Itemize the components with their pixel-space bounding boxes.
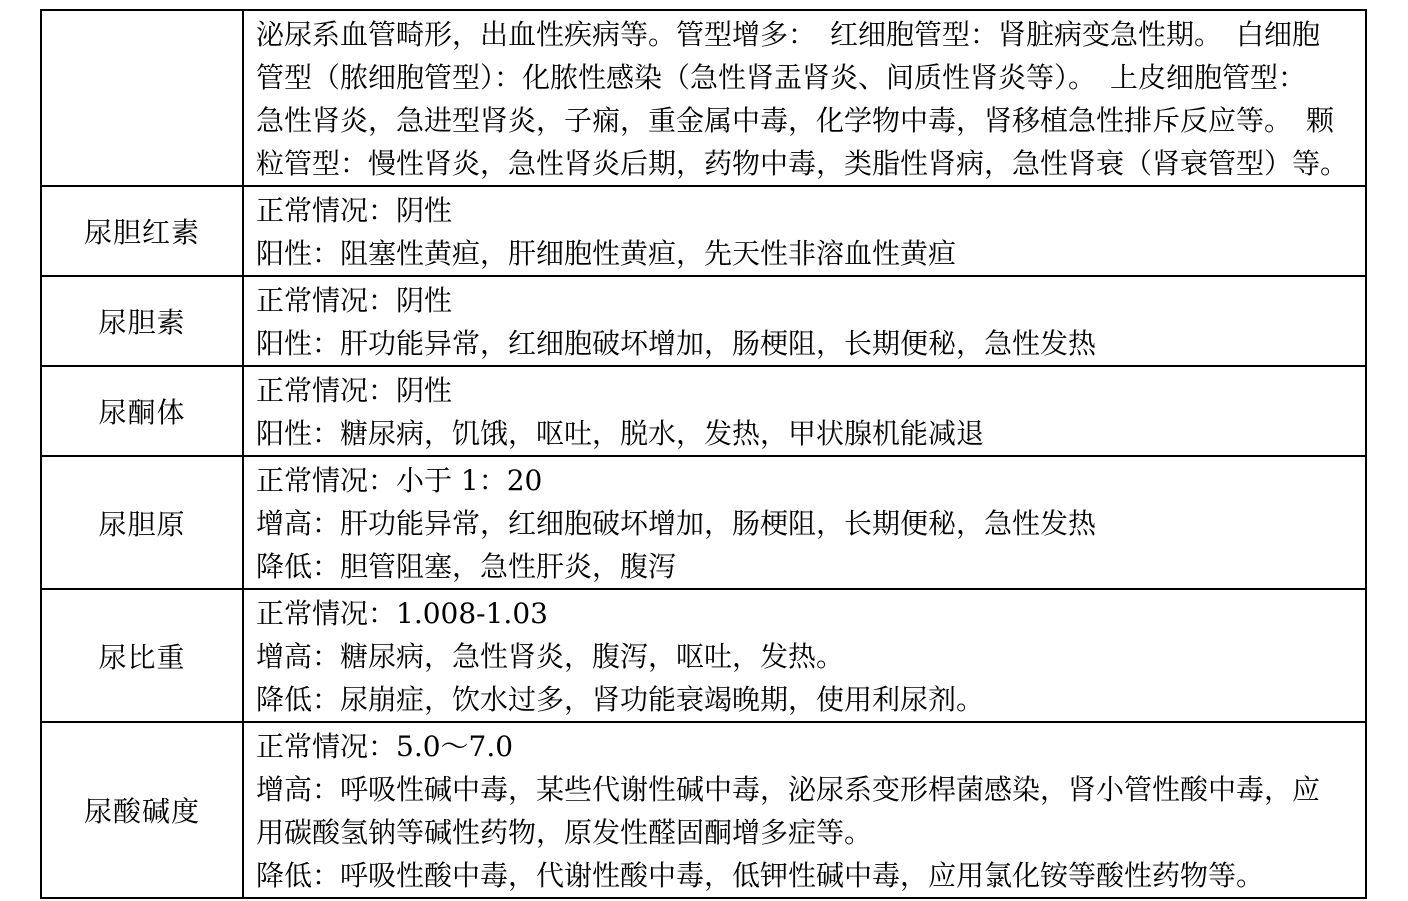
- content-line: 正常情况：5.0～7.0: [256, 725, 1359, 768]
- lab-results-table: 泌尿系血管畸形，出血性疾病等。管型增多： 红细胞管型：肾脏病变急性期。 白细胞 …: [40, 9, 1367, 899]
- content-line: 正常情况：阴性: [256, 279, 1359, 322]
- content-line: 阳性：阻塞性黄疸，肝细胞性黄疸，先天性非溶血性黄疸: [256, 232, 1359, 275]
- row-content-cell: 正常情况：阴性 阳性：阻塞性黄疸，肝细胞性黄疸，先天性非溶血性黄疸: [243, 186, 1366, 276]
- content-line: 降低：胆管阻塞，急性肝炎，腹泻: [256, 545, 1359, 588]
- row-content-cell: 正常情况：小于 1：20 增高：肝功能异常，红细胞破坏增加，肠梗阻，长期便秘，急…: [243, 456, 1366, 589]
- content-line: 阳性：肝功能异常，红细胞破坏增加，肠梗阻，长期便秘，急性发热: [256, 322, 1359, 365]
- table-row: 尿酸碱度 正常情况：5.0～7.0 增高：呼吸性碱中毒，某些代谢性碱中毒，泌尿系…: [41, 722, 1366, 898]
- content-line: 泌尿系血管畸形，出血性疾病等。管型增多： 红细胞管型：肾脏病变急性期。 白细胞: [256, 13, 1359, 56]
- content-line: 正常情况：小于 1：20: [256, 459, 1359, 502]
- content-line: 增高：糖尿病，急性肾炎，腹泻，呕吐，发热。: [256, 635, 1359, 678]
- row-header-cell: 尿比重: [41, 589, 243, 722]
- content-line: 用碳酸氢钠等碱性药物，原发性醛固酮增多症等。: [256, 811, 1359, 854]
- table-row: 尿胆素 正常情况：阴性 阳性：肝功能异常，红细胞破坏增加，肠梗阻，长期便秘，急性…: [41, 276, 1366, 366]
- row-header-cell: 尿酸碱度: [41, 722, 243, 898]
- content-line: 阳性：糖尿病，饥饿，呕吐，脱水，发热，甲状腺机能减退: [256, 412, 1359, 455]
- row-header-cell: [41, 10, 243, 186]
- row-header-cell: 尿胆原: [41, 456, 243, 589]
- content-line: 正常情况：阴性: [256, 369, 1359, 412]
- content-line: 正常情况：阴性: [256, 189, 1359, 232]
- content-line: 降低：呼吸性酸中毒，代谢性酸中毒，低钾性碱中毒，应用氯化铵等酸性药物等。: [256, 854, 1359, 897]
- row-content-cell: 泌尿系血管畸形，出血性疾病等。管型增多： 红细胞管型：肾脏病变急性期。 白细胞 …: [243, 10, 1366, 186]
- row-header-cell: 尿酮体: [41, 366, 243, 456]
- table-row: 尿比重 正常情况：1.008-1.03 增高：糖尿病，急性肾炎，腹泻，呕吐，发热…: [41, 589, 1366, 722]
- table-row: 尿胆红素 正常情况：阴性 阳性：阻塞性黄疸，肝细胞性黄疸，先天性非溶血性黄疸: [41, 186, 1366, 276]
- table-row: 泌尿系血管畸形，出血性疾病等。管型增多： 红细胞管型：肾脏病变急性期。 白细胞 …: [41, 10, 1366, 186]
- row-content-cell: 正常情况：1.008-1.03 增高：糖尿病，急性肾炎，腹泻，呕吐，发热。 降低…: [243, 589, 1366, 722]
- content-line: 降低：尿崩症，饮水过多，肾功能衰竭晚期，使用利尿剂。: [256, 678, 1359, 721]
- content-line: 增高：肝功能异常，红细胞破坏增加，肠梗阻，长期便秘，急性发热: [256, 502, 1359, 545]
- table-row: 尿胆原 正常情况：小于 1：20 增高：肝功能异常，红细胞破坏增加，肠梗阻，长期…: [41, 456, 1366, 589]
- content-line: 粒管型：慢性肾炎，急性肾炎后期，药物中毒，类脂性肾病，急性肾衰（肾衰管型）等。: [256, 142, 1359, 185]
- row-content-cell: 正常情况：5.0～7.0 增高：呼吸性碱中毒，某些代谢性碱中毒，泌尿系变形桿菌感…: [243, 722, 1366, 898]
- content-line: 增高：呼吸性碱中毒，某些代谢性碱中毒，泌尿系变形桿菌感染，肾小管性酸中毒，应: [256, 768, 1359, 811]
- content-line: 急性肾炎，急进型肾炎，子痫，重金属中毒，化学物中毒，肾移植急性排斥反应等。 颗: [256, 99, 1359, 142]
- content-line: 管型（脓细胞管型）：化脓性感染（急性肾盂肾炎、间质性肾炎等）。 上皮细胞管型：: [256, 56, 1359, 99]
- row-header-cell: 尿胆素: [41, 276, 243, 366]
- row-header-cell: 尿胆红素: [41, 186, 243, 276]
- table-row: 尿酮体 正常情况：阴性 阳性：糖尿病，饥饿，呕吐，脱水，发热，甲状腺机能减退: [41, 366, 1366, 456]
- row-content-cell: 正常情况：阴性 阳性：糖尿病，饥饿，呕吐，脱水，发热，甲状腺机能减退: [243, 366, 1366, 456]
- content-line: 正常情况：1.008-1.03: [256, 592, 1359, 635]
- row-content-cell: 正常情况：阴性 阳性：肝功能异常，红细胞破坏增加，肠梗阻，长期便秘，急性发热: [243, 276, 1366, 366]
